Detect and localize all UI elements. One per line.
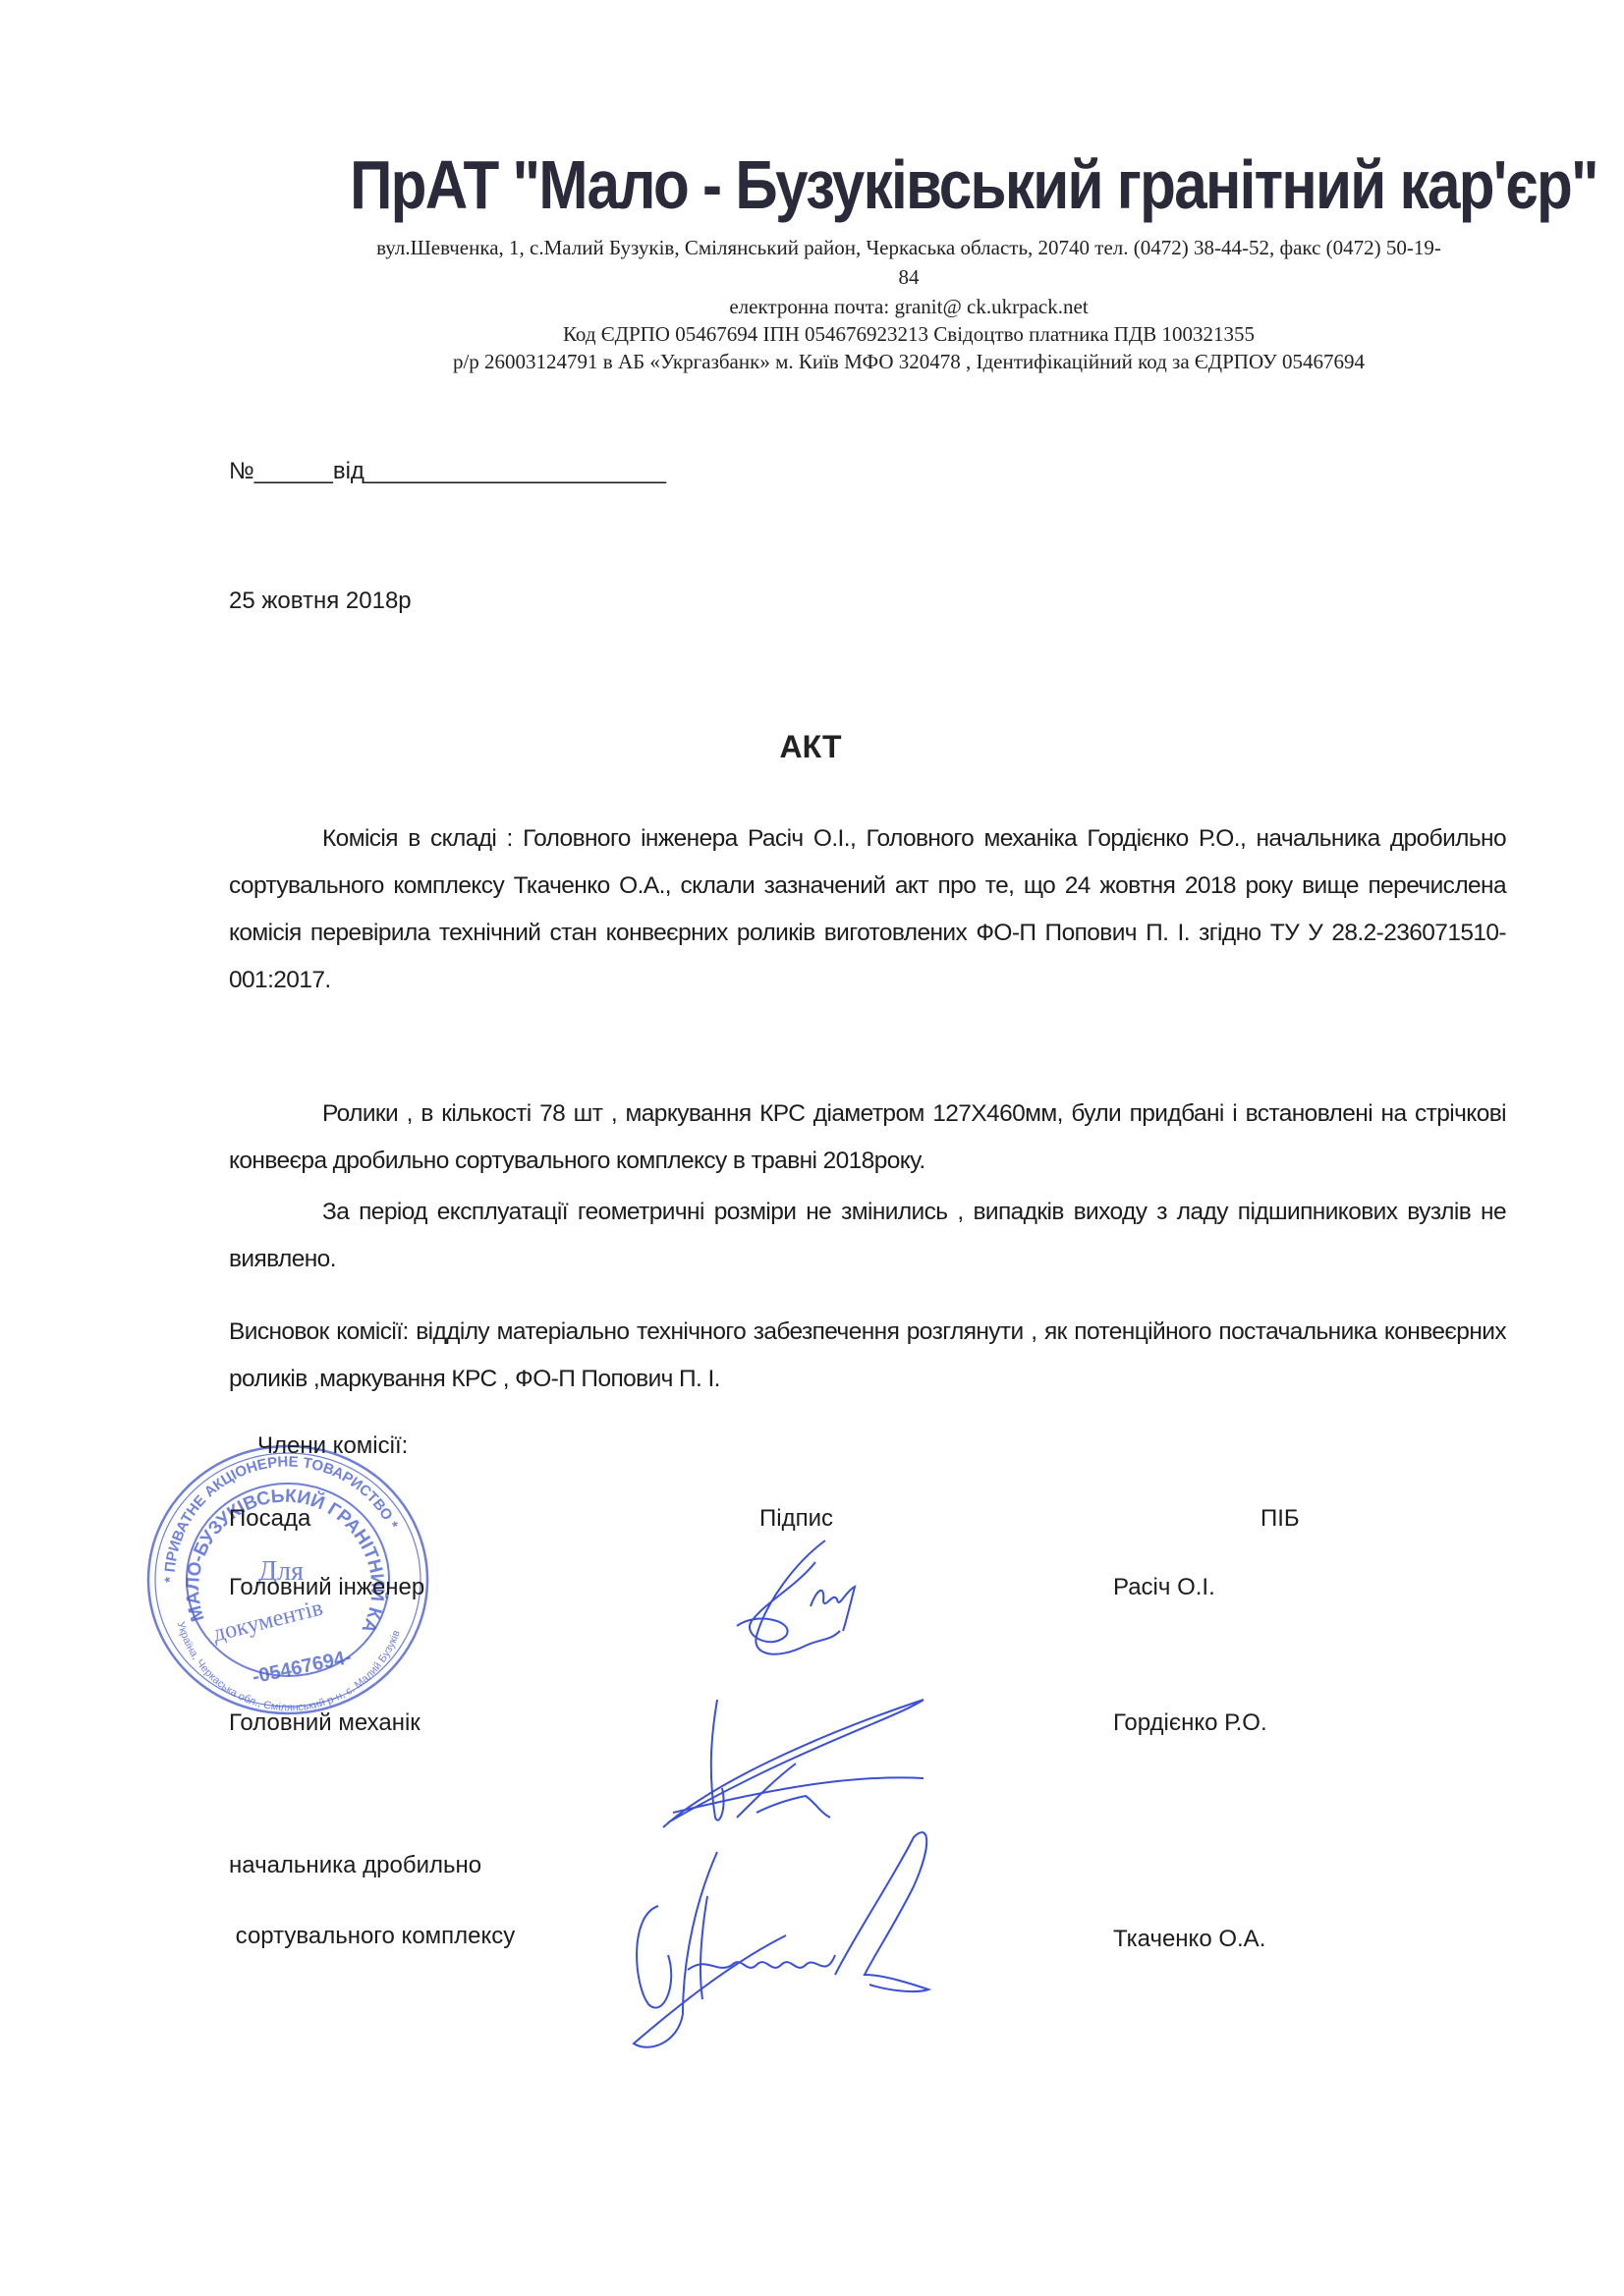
document-date: 25 жовтня 2018р (229, 588, 412, 615)
signature-complex-head-icon (589, 1818, 1100, 2053)
signature-chief-mechanic-icon (658, 1690, 973, 1837)
document-title: АКТ (688, 729, 933, 765)
bank-details-line: р/р 26003124791 в АБ «Укргазбанк» м. Киї… (246, 350, 1572, 374)
paragraph-conclusion: Висновок комісії: відділу матеріально те… (229, 1309, 1506, 1403)
company-name: ПрАТ "Мало - Бузуківський гранітний кар'… (350, 145, 1389, 224)
member-position-chief-engineer: Головний інженер (229, 1574, 424, 1601)
member-name-chief-mechanic: Гордієнко Р.О. (1113, 1709, 1267, 1737)
svg-text:документів: документів (210, 1596, 325, 1648)
paragraph-operation: За період експлуатації геометричні розмі… (229, 1189, 1506, 1283)
member-position-chief-mechanic: Головний механік (229, 1709, 420, 1737)
document-page: ПрАТ "Мало - Бузуківський гранітний кар'… (0, 0, 1624, 2296)
column-header-name: ПІБ (1260, 1505, 1300, 1533)
reference-number-line: №______від_______________________ (229, 458, 666, 485)
svg-text:-05467694-: -05467694- (251, 1647, 354, 1689)
codes-line: Код ЄДРПО 05467694 ІПН 054676923213 Свід… (246, 322, 1572, 347)
member-position-complex-head-line2: сортувального комплексу (229, 1923, 515, 1950)
member-name-chief-engineer: Расіч О.І. (1113, 1574, 1215, 1601)
member-name-complex-head: Ткаченко О.А. (1113, 1926, 1265, 1953)
commission-members-heading: Члени комісії: (257, 1432, 408, 1460)
address-line-continued: 84 (246, 265, 1572, 290)
paragraph-rollers: Ролики , в кількості 78 шт , маркування … (229, 1091, 1506, 1185)
column-header-position: Посада (229, 1505, 310, 1533)
email-line: електронна почта: granit@ ck.ukrpack.net (246, 295, 1572, 319)
member-position-complex-head-line1: начальника дробильно (229, 1852, 481, 1879)
address-line: вул.Шевченка, 1, с.Малий Бузуків, Смілян… (246, 236, 1572, 260)
signature-chief-engineer-icon (717, 1533, 914, 1670)
column-header-signature: Підпис (759, 1505, 833, 1533)
paragraph-commission: Комісія в складі : Головного інженера Ра… (229, 815, 1506, 1004)
